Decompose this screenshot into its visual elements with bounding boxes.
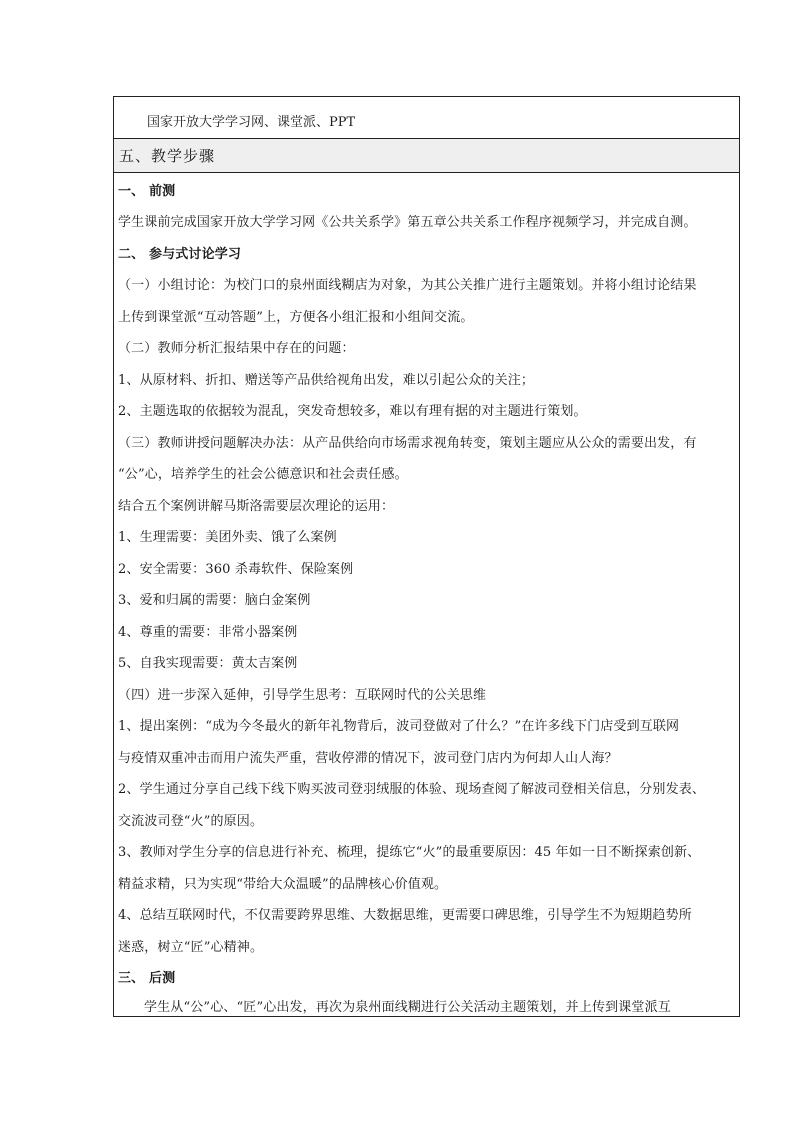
post-test-line: 学生从“公”心、“匠”心出发，再次为泉州面线糊进行公关活动主题策划，并上传到课堂… bbox=[144, 1000, 671, 1016]
discussion-line: 2、安全需要：360 杀毒软件、保险案例 bbox=[118, 562, 353, 578]
pre-test-heading: 一、 前测 bbox=[118, 184, 175, 200]
discussion-line: 与疫情双重冲击而用户流失严重，营收停滞的情况下，波司登门店内为何却人山人海？ bbox=[118, 751, 618, 767]
discussion-line: 2、主题选取的依据较为混乱，突发奇想较多，难以有理有据的对主题进行策划。 bbox=[118, 404, 587, 420]
teaching-steps-body: 一、 前测 学生课前完成国家开放大学学习网《公共关系学》第五章公共关系工作程序视… bbox=[114, 173, 739, 1016]
lesson-plan-table: 国家开放大学学习网、课堂派、PPT 五、教学步骤 一、 前测 学生课前完成国家开… bbox=[113, 96, 740, 1017]
discussion-line: 1、提出案例：“成为今冬最火的新年礼物背后，波司登做对了什么？”在许多线下门店受… bbox=[118, 719, 679, 735]
post-test-heading: 三、 后测 bbox=[118, 971, 175, 987]
discussion-line: 3、爱和归属的需要：脑白金案例 bbox=[118, 593, 311, 609]
discussion-line: （三）教师讲授问题解决办法：从产品供给向市场需求视角转变，策划主题应从公众的需要… bbox=[118, 436, 697, 452]
discussion-line: 精益求精，只为实现“带给大众温暖”的品牌核心价值观。 bbox=[118, 877, 447, 893]
discussion-line: 结合五个案例讲解马斯洛需要层次理论的运用： bbox=[118, 499, 394, 515]
discussion-line: 迷惑，树立“匠”心精神。 bbox=[118, 940, 263, 956]
teaching-resources-text: 国家开放大学学习网、课堂派、PPT bbox=[147, 115, 355, 131]
discussion-line: 3、教师对学生分享的信息进行补充、梳理，提练它“火”的最重要原因：45 年如一日… bbox=[118, 845, 700, 861]
discussion-line: 5、自我实现需要：黄太吉案例 bbox=[118, 656, 297, 672]
discussion-line: （四）进一步深入延伸，引导学生思考：互联网时代的公关思维 bbox=[118, 688, 486, 704]
discussion-heading: 二、 参与式讨论学习 bbox=[118, 247, 241, 263]
discussion-line: 1、从原材料、折扣、赠送等产品供给视角出发，难以引起公众的关注； bbox=[118, 373, 534, 389]
section-title: 五、教学步骤 bbox=[119, 146, 215, 166]
discussion-line: “公”心，培养学生的社会公德意识和社会责任感。 bbox=[118, 467, 408, 483]
discussion-line: （一）小组讨论：为校门口的泉州面线糊店为对象，为其公关推广进行主题策划。并将小组… bbox=[118, 278, 697, 294]
discussion-line: 4、总结互联网时代，不仅需要跨界思维、大数据思维，更需要口碑思维，引导学生不为短… bbox=[118, 908, 692, 924]
discussion-line: 1、生理需要：美团外卖、饿了么案例 bbox=[118, 530, 337, 546]
discussion-line: 交流波司登“火”的原因。 bbox=[118, 814, 263, 830]
discussion-line: 上传到课堂派“互动答题”上，方便各小组汇报和小组间交流。 bbox=[118, 310, 474, 326]
discussion-line: 4、尊重的需要：非常小器案例 bbox=[118, 625, 297, 641]
discussion-line: 2、学生通过分享自己线下线下购买波司登羽绒服的体验、现场查阅了解波司登相关信息，… bbox=[118, 782, 705, 798]
discussion-line: （二）教师分析汇报结果中存在的问题： bbox=[118, 341, 355, 357]
pre-test-line: 学生课前完成国家开放大学学习网《公共关系学》第五章公共关系工作程序视频学习，并完… bbox=[118, 215, 697, 231]
teaching-resources-row: 国家开放大学学习网、课堂派、PPT bbox=[114, 97, 739, 139]
section-header-row: 五、教学步骤 bbox=[114, 139, 739, 173]
